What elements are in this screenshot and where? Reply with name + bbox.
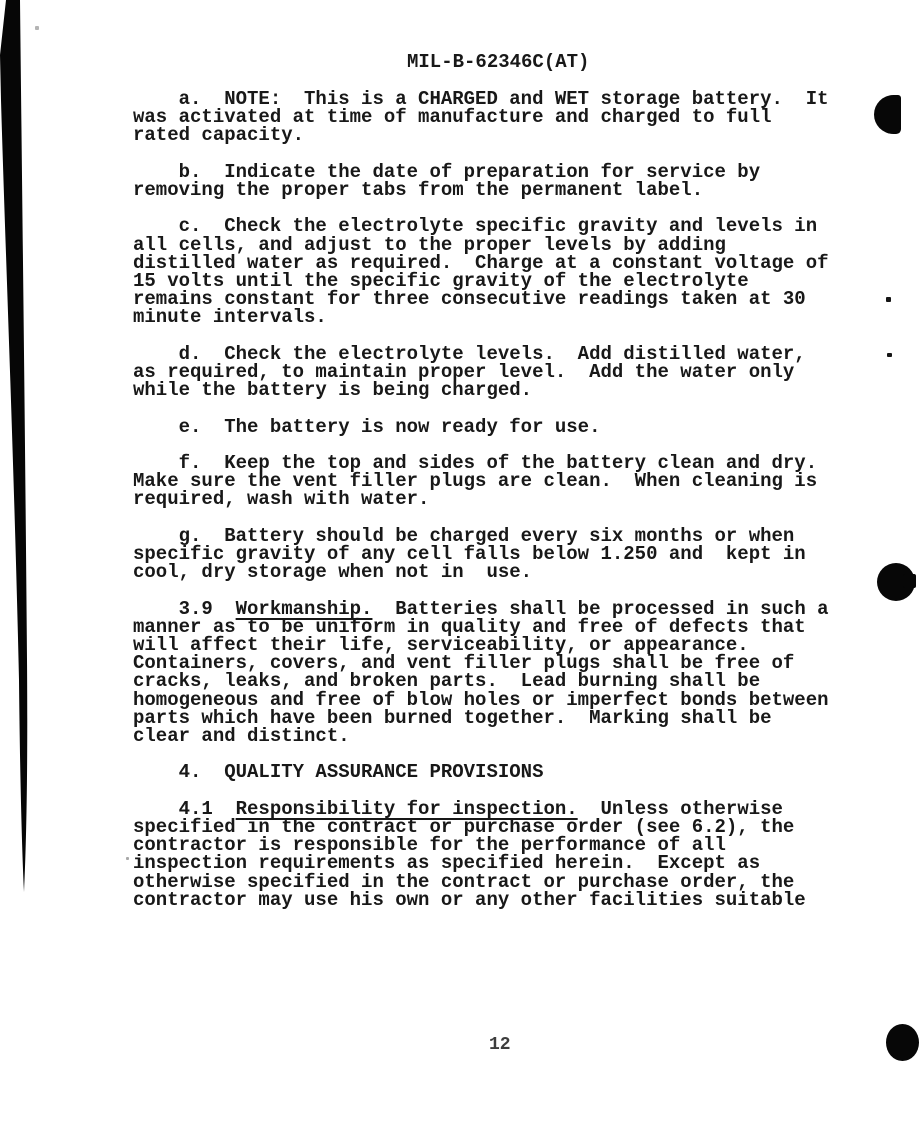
- binding-edge-mark: [0, 0, 34, 900]
- section-4-quality-assurance-heading: 4. QUALITY ASSURANCE PROVISIONS: [133, 763, 829, 781]
- document-page: MIL-B-62346C(AT) a. NOTE: This is a CHAR…: [0, 0, 923, 1127]
- scan-speck-icon: [35, 26, 39, 30]
- document-id-header: MIL-B-62346C(AT): [407, 51, 589, 73]
- scan-blob-top-icon: [874, 95, 901, 134]
- paragraph-g: g. Battery should be charged every six m…: [133, 527, 829, 582]
- paragraph-b: b. Indicate the date of preparation for …: [133, 163, 829, 199]
- paragraph-c: c. Check the electrolyte specific gravit…: [133, 217, 829, 326]
- scan-blob-middle-notch-icon: [903, 574, 916, 588]
- section-4-1-responsibility: 4.1 Responsibility for inspection. Unles…: [133, 800, 829, 909]
- scan-speck-icon: [886, 297, 891, 302]
- page-number: 12: [489, 1035, 511, 1055]
- scan-speck-icon: [887, 353, 892, 357]
- paragraph-d: d. Check the electrolyte levels. Add dis…: [133, 345, 829, 400]
- paragraph-e: e. The battery is now ready for use.: [133, 418, 829, 436]
- section-3-9-workmanship: 3.9 Workmanship. Batteries shall be proc…: [133, 600, 829, 746]
- document-body: a. NOTE: This is a CHARGED and WET stora…: [133, 90, 829, 909]
- paragraph-a: a. NOTE: This is a CHARGED and WET stora…: [133, 90, 829, 145]
- scan-blob-bottom-icon: [886, 1024, 919, 1061]
- section-3-9-text: Batteries shall be processed in such a m…: [133, 598, 829, 747]
- paragraph-f: f. Keep the top and sides of the battery…: [133, 454, 829, 509]
- scan-speck-icon: [126, 857, 129, 860]
